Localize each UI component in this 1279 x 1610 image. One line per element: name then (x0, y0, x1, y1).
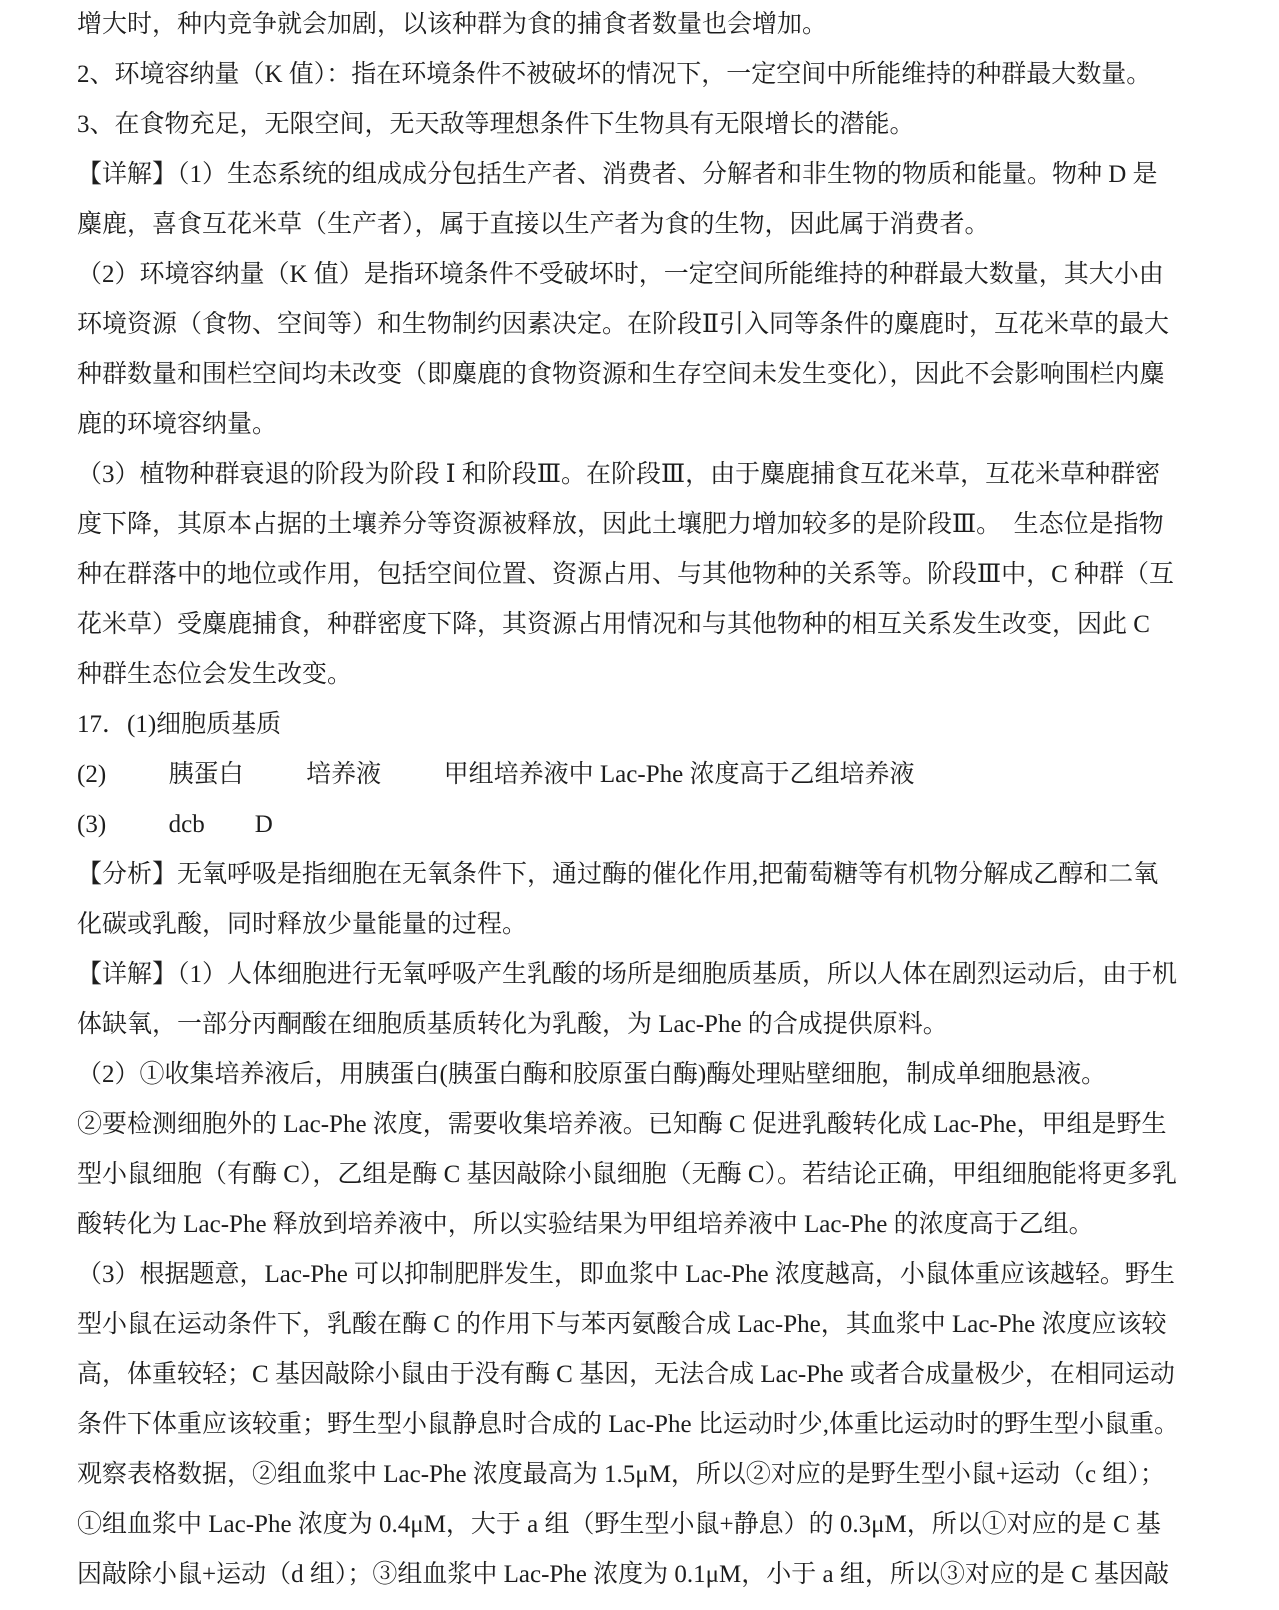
text-line: 环境资源（食物、空间等）和生物制约因素决定。在阶段Ⅱ引入同等条件的麋鹿时，互花米… (77, 300, 1219, 350)
text-line: 【详解】（1）人体细胞进行无氧呼吸产生乳酸的场所是细胞质基质，所以人体在剧烈运动… (77, 950, 1219, 1000)
text-line: 【分析】无氧呼吸是指细胞在无氧条件下，通过酶的催化作用,把葡萄糖等有机物分解成乙… (77, 850, 1219, 900)
text-line: (3) dcb D (77, 800, 1219, 850)
text-line: 种群生态位会发生改变。 (77, 650, 1219, 700)
text-line: 高，体重较轻；C 基因敲除小鼠由于没有酶 C 基因，无法合成 Lac-Phe 或… (77, 1350, 1219, 1400)
text-line: （3）植物种群衰退的阶段为阶段 Ⅰ 和阶段Ⅲ。在阶段Ⅲ，由于麋鹿捕食互花米草，互… (77, 450, 1219, 500)
text-line: (2) 胰蛋白 培养液 甲组培养液中 Lac-Phe 浓度高于乙组培养液 (77, 750, 1219, 800)
text-line: 度下降，其原本占据的土壤养分等资源被释放，因此土壤肥力增加较多的是阶段Ⅲ。 生态… (77, 500, 1219, 550)
text-line: 化碳或乳酸，同时释放少量能量的过程。 (77, 900, 1219, 950)
text-line: 【详解】（1）生态系统的组成成分包括生产者、消费者、分解者和非生物的物质和能量。… (77, 150, 1219, 200)
text-line: （2）①收集培养液后，用胰蛋白(胰蛋白酶和胶原蛋白酶)酶处理贴壁细胞，制成单细胞… (77, 1050, 1219, 1100)
text-line: 3、在食物充足，无限空间，无天敌等理想条件下生物具有无限增长的潜能。 (77, 100, 1219, 150)
text-line: 因敲除小鼠+运动（d 组）；③组血浆中 Lac-Phe 浓度为 0.1μM，小于… (77, 1550, 1219, 1600)
text-line: 酸转化为 Lac-Phe 释放到培养液中，所以实验结果为甲组培养液中 Lac-P… (77, 1200, 1219, 1250)
text-line: （2）环境容纳量（K 值）是指环境条件不受破坏时，一定空间所能维持的种群最大数量… (77, 250, 1219, 300)
text-line: 型小鼠细胞（有酶 C），乙组是酶 C 基因敲除小鼠细胞（无酶 C）。若结论正确，… (77, 1150, 1219, 1200)
text-line: 2、环境容纳量（K 值）：指在环境条件不被破坏的情况下，一定空间中所能维持的种群… (77, 50, 1219, 100)
text-line: （3）根据题意，Lac-Phe 可以抑制肥胖发生，即血浆中 Lac-Phe 浓度… (77, 1250, 1219, 1300)
text-line: 条件下体重应该较重；野生型小鼠静息时合成的 Lac-Phe 比运动时少,体重比运… (77, 1400, 1219, 1450)
text-line: 型小鼠在运动条件下，乳酸在酶 C 的作用下与苯丙氨酸合成 Lac-Phe，其血浆… (77, 1300, 1219, 1350)
text-line: 种群数量和围栏空间均未改变（即麋鹿的食物资源和生存空间未发生变化），因此不会影响… (77, 350, 1219, 400)
text-line: 花米草）受麋鹿捕食，种群密度下降，其资源占用情况和与其他物种的相互关系发生改变，… (77, 600, 1219, 650)
text-line: 鹿的环境容纳量。 (77, 400, 1219, 450)
text-line: 体缺氧，一部分丙酮酸在细胞质基质转化为乳酸，为 Lac-Phe 的合成提供原料。 (77, 1000, 1219, 1050)
text-line: 麋鹿，喜食互花米草（生产者），属于直接以生产者为食的生物，因此属于消费者。 (77, 200, 1219, 250)
text-line: 观察表格数据，②组血浆中 Lac-Phe 浓度最高为 1.5μM，所以②对应的是… (77, 1450, 1219, 1500)
document-page: 增大时，种内竞争就会加剧，以该种群为食的捕食者数量也会增加。2、环境容纳量（K … (0, 0, 1279, 1610)
document-text-body: 增大时，种内竞争就会加剧，以该种群为食的捕食者数量也会增加。2、环境容纳量（K … (77, 0, 1219, 1600)
text-line: 增大时，种内竞争就会加剧，以该种群为食的捕食者数量也会增加。 (77, 0, 1219, 50)
text-line: 17．(1)细胞质基质 (77, 700, 1219, 750)
text-line: ②要检测细胞外的 Lac-Phe 浓度，需要收集培养液。已知酶 C 促进乳酸转化… (77, 1100, 1219, 1150)
text-line: ①组血浆中 Lac-Phe 浓度为 0.4μM，大于 a 组（野生型小鼠+静息）… (77, 1500, 1219, 1550)
text-line: 种在群落中的地位或作用，包括空间位置、资源占用、与其他物种的关系等。阶段Ⅲ中，C… (77, 550, 1219, 600)
